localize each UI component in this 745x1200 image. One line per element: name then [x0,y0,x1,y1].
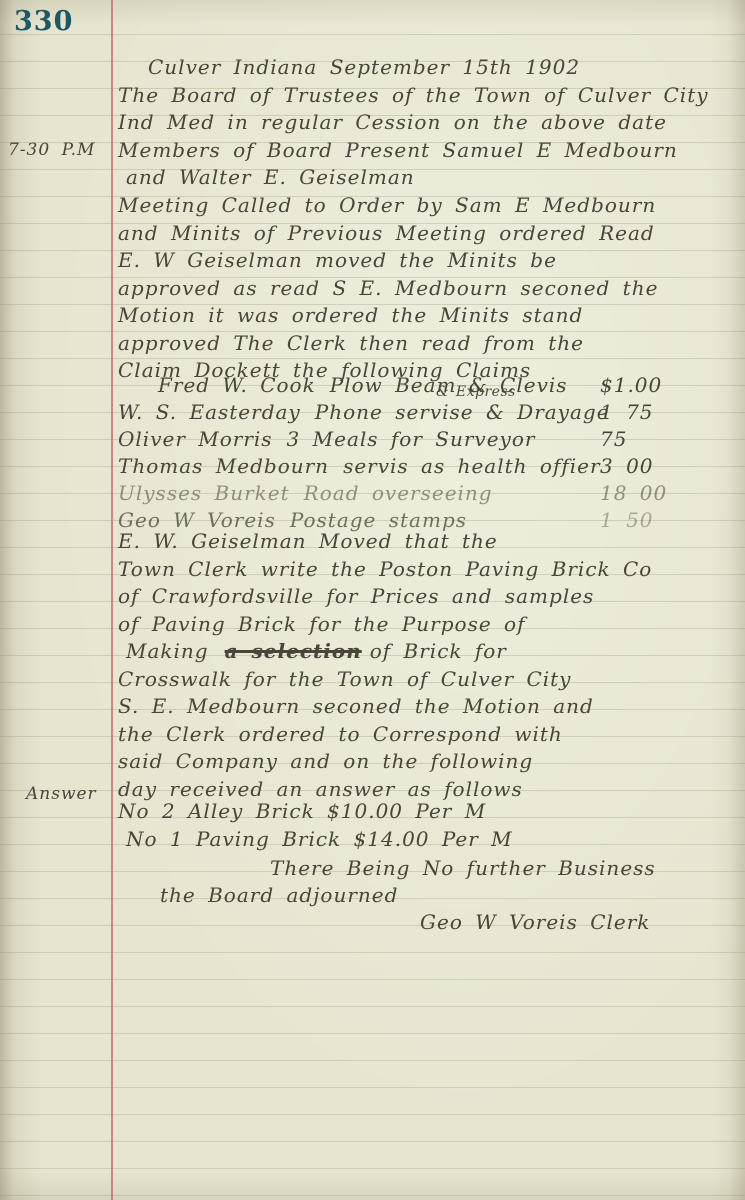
strike-post: of Brick for [370,639,507,663]
claim-amount: $1.00 [600,372,680,399]
claim-row: W. S. EasterdayPhone servise & Drayage &… [118,399,733,426]
motion-line: of Paving Brick for the Purpose of [118,611,733,639]
claimant-name: Thomas Medbourn [118,454,329,478]
clerk-signature: Geo W Voreis Clerk [118,909,733,936]
claim-item: Phone servise & Drayage [315,400,610,424]
minutes-line: approved The Clerk then read from the [118,330,733,358]
opening-line: Members of Board Present Samuel E Medbou… [118,137,733,165]
claim-row: Fred W. CookPlow Beam & Clevis $1.00 [118,372,733,399]
minutes-line: Motion it was ordered the Minits stand [118,302,733,330]
red-margin-line [111,0,113,1200]
closing-block: There Being No further Business the Boar… [118,855,733,936]
claimant-name: Fred W. Cook [158,373,316,397]
strike-pre: Making [126,639,209,663]
opening-paragraph: Culver Indiana September 15th 1902 The B… [118,54,733,192]
motion-line: Crosswalk for the Town of Culver City [118,666,733,694]
claim-amount: 75 [600,426,680,453]
claim-amount: 18 00 [600,480,680,507]
ledger-page: 330 7-30 P.M Answer Culver Indiana Septe… [0,0,745,1200]
minutes-line: approved as read S E. Medbourn seconed t… [118,275,733,303]
claimant-name: Ulysses Burket [118,481,290,505]
margin-note-answer: Answer [26,784,97,804]
interline-note: & Express [436,385,516,399]
claimant-name: W. S. Easterday [118,400,301,424]
margin-note-time: 7-30 P.M [8,140,95,160]
motion-line: of Crawfordsville for Prices and samples [118,583,733,611]
claim-amount: 1 75 [600,399,680,426]
answer-lines: No 2 Alley Brick $10.00 Per M No 1 Pavin… [118,798,733,853]
motion-paragraph: E. W. Geiselman Moved that the Town Cler… [118,528,733,803]
answer-line: No 1 Paving Brick $14.00 Per M [118,826,733,854]
claim-row: Ulysses BurketRoad overseeing 18 00 [118,480,733,507]
claim-item: Road overseeing [304,481,493,505]
opening-line: and Walter E. Geiselman [118,164,733,192]
claims-list: Fred W. CookPlow Beam & Clevis $1.00 W. … [118,372,733,534]
opening-line: The Board of Trustees of the Town of Cul… [118,82,733,110]
closing-no-business: There Being No further Business [118,855,733,882]
minutes-paragraph: Meeting Called to Order by Sam E Medbour… [118,192,733,385]
motion-line: said Company and on the following [118,748,733,776]
motion-line: E. W. Geiselman Moved that the [118,528,733,556]
motion-line: the Clerk ordered to Correspond with [118,721,733,749]
claimant-name: Oliver Morris [118,427,273,451]
claim-amount: 3 00 [600,453,680,480]
minutes-line: and Minits of Previous Meeting ordered R… [118,220,733,248]
claim-row: Oliver Morris3 Meals for Surveyor 75 [118,426,733,453]
struck-text: a selection [225,639,362,663]
minutes-line: E. W Geiselman moved the Minits be [118,247,733,275]
opening-line: Ind Med in regular Cession on the above … [118,109,733,137]
motion-line: Town Clerk write the Poston Paving Brick… [118,556,733,584]
claim-item: servis as health offier [343,454,600,478]
motion-line-struck: Makinga selectionof Brick for [118,638,733,666]
claim-row: Thomas Medbournservis as health offier 3… [118,453,733,480]
closing-adjourned: the Board adjourned [118,882,733,909]
motion-line: S. E. Medbourn seconed the Motion and [118,693,733,721]
claim-item: 3 Meals for Surveyor [287,427,536,451]
dateline: Culver Indiana September 15th 1902 [118,54,733,82]
page-number: 330 [14,6,73,37]
minutes-line: Meeting Called to Order by Sam E Medbour… [118,192,733,220]
answer-line: No 2 Alley Brick $10.00 Per M [118,798,733,826]
